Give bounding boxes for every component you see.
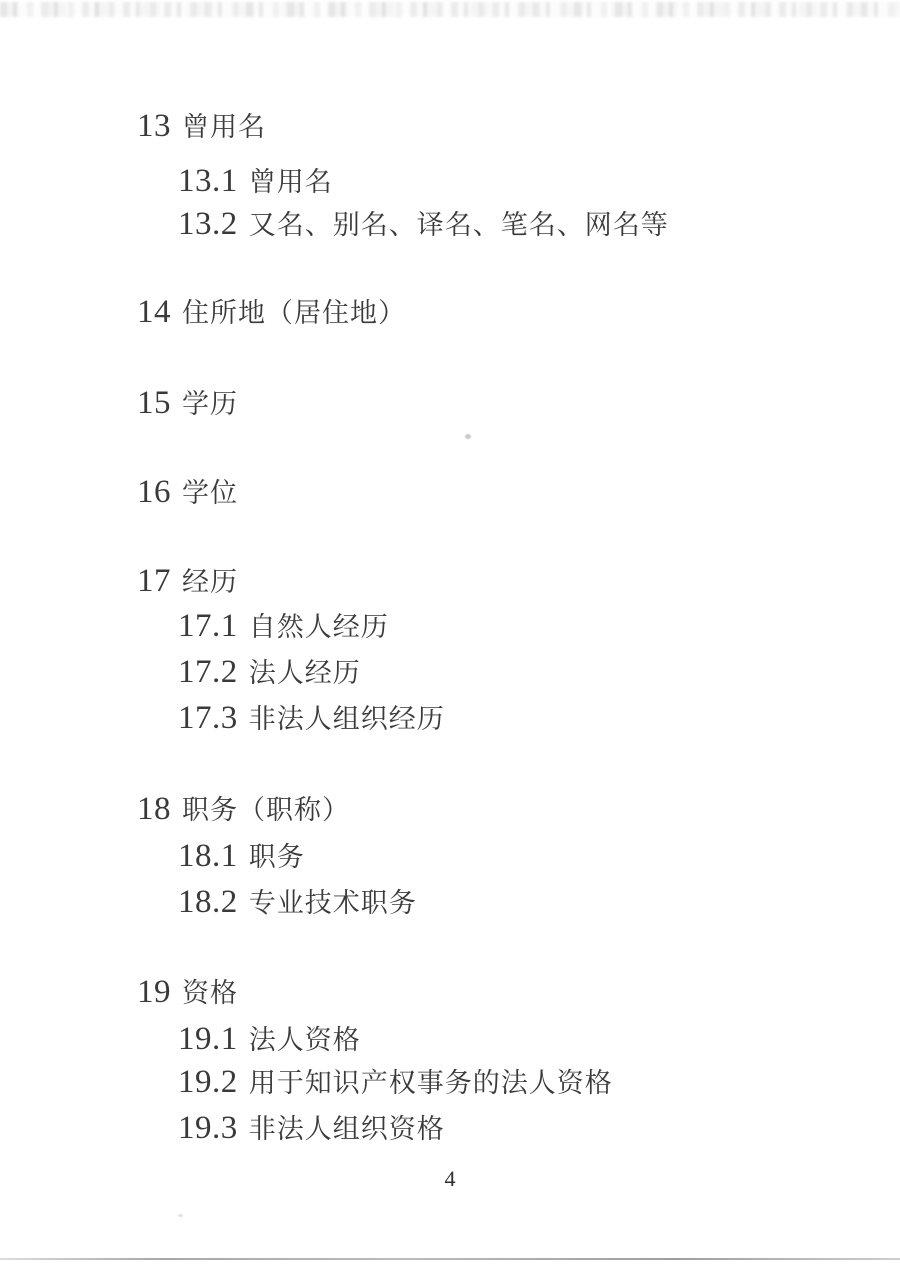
item-number: 19.2 — [178, 1064, 238, 1100]
toc-item-17-3: 17.3非法人组织经历 — [178, 700, 445, 738]
item-number: 19.3 — [178, 1110, 238, 1146]
item-text: 学位 — [182, 478, 238, 508]
item-text: 自然人经历 — [249, 612, 389, 642]
item-number: 17.1 — [178, 608, 238, 644]
toc-item-17-1: 17.1自然人经历 — [178, 608, 389, 646]
scan-line-artifact — [0, 1258, 900, 1260]
item-number: 18.2 — [178, 884, 238, 920]
item-text: 资格 — [182, 978, 238, 1008]
item-text: 职务 — [249, 842, 305, 872]
item-text: 用于知识产权事务的法人资格 — [249, 1068, 613, 1098]
item-text: 法人资格 — [249, 1025, 361, 1055]
item-number: 14 — [137, 294, 171, 330]
toc-item-19: 19资格 — [137, 974, 238, 1012]
item-number: 19 — [137, 974, 171, 1010]
item-text: 非法人组织经历 — [249, 704, 445, 734]
toc-item-18: 18职务（职称） — [137, 791, 350, 829]
toc-item-18-1: 18.1职务 — [178, 838, 305, 876]
item-number: 15 — [137, 385, 171, 421]
toc-item-19-2: 19.2用于知识产权事务的法人资格 — [178, 1064, 613, 1102]
toc-item-16: 16学位 — [137, 474, 238, 512]
page-number: 4 — [0, 1166, 900, 1192]
document-page: 13曾用名 13.1曾用名 13.2又名、别名、译名、笔名、网名等 14住所地（… — [0, 0, 900, 1273]
item-number: 19.1 — [178, 1021, 238, 1057]
item-text: 学历 — [182, 389, 238, 419]
item-text: 非法人组织资格 — [249, 1114, 445, 1144]
item-number: 13.2 — [178, 206, 238, 242]
item-text: 职务（职称） — [182, 795, 350, 825]
item-number: 17.2 — [178, 654, 238, 690]
item-number: 13 — [137, 108, 171, 144]
item-text: 法人经历 — [249, 658, 361, 688]
scan-speck — [465, 434, 471, 439]
item-text: 专业技术职务 — [249, 888, 417, 918]
item-number: 17.3 — [178, 700, 238, 736]
item-text: 经历 — [182, 567, 238, 597]
toc-item-17: 17经历 — [137, 563, 238, 601]
toc-item-17-2: 17.2法人经历 — [178, 654, 361, 692]
item-text: 住所地（居住地） — [182, 298, 406, 328]
item-text: 曾用名 — [249, 167, 333, 197]
item-number: 18 — [137, 791, 171, 827]
toc-item-13-1: 13.1曾用名 — [178, 163, 333, 201]
toc-item-19-3: 19.3非法人组织资格 — [178, 1110, 445, 1148]
toc-item-15: 15学历 — [137, 385, 238, 423]
toc-item-13-2: 13.2又名、别名、译名、笔名、网名等 — [178, 206, 669, 244]
toc-item-19-1: 19.1法人资格 — [178, 1021, 361, 1059]
item-text: 曾用名 — [182, 112, 266, 142]
scan-bleed-artifact — [0, 2, 900, 17]
toc-item-13: 13曾用名 — [137, 108, 266, 146]
item-number: 18.1 — [178, 838, 238, 874]
toc-item-18-2: 18.2专业技术职务 — [178, 884, 417, 922]
item-text: 又名、别名、译名、笔名、网名等 — [249, 210, 669, 240]
item-number: 16 — [137, 474, 171, 510]
scan-speck — [178, 1214, 183, 1217]
item-number: 13.1 — [178, 163, 238, 199]
item-number: 17 — [137, 563, 171, 599]
toc-item-14: 14住所地（居住地） — [137, 294, 406, 332]
